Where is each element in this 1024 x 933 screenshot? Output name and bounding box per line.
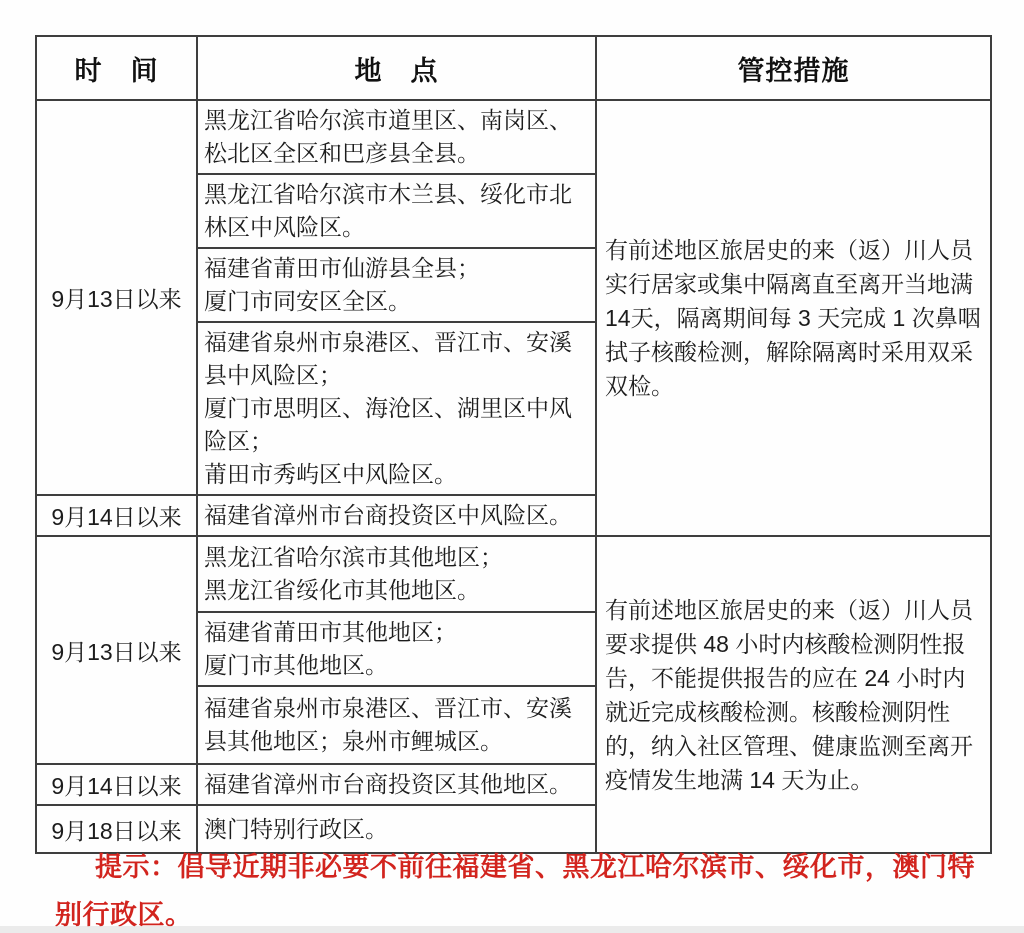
time-cell-g1-row5: 9月14日以来 (36, 495, 197, 536)
time-cell-g2-row4: 9月14日以来 (36, 764, 197, 805)
table-row: 9月13日以来 黑龙江省哈尔滨市其他地区； 黑龙江省绥化市其他地区。 有前述地区… (36, 536, 991, 612)
bottom-edge-strip (0, 926, 1024, 933)
notice-page: 时 间 地 点 管控措施 9月13日以来 黑龙江省哈尔滨市道里区、南岗区、松北区… (0, 0, 1024, 933)
location-cell: 福建省泉州市泉港区、晋江市、安溪县中风险区； 厦门市思明区、海沧区、湖里区中风险… (197, 322, 596, 495)
time-cell-g2: 9月13日以来 (36, 536, 197, 764)
control-measures-table: 时 间 地 点 管控措施 9月13日以来 黑龙江省哈尔滨市道里区、南岗区、松北区… (35, 35, 992, 854)
location-cell: 福建省莆田市其他地区； 厦门市其他地区。 (197, 612, 596, 686)
location-cell: 黑龙江省哈尔滨市道里区、南岗区、松北区全区和巴彦县全县。 (197, 100, 596, 174)
header-measure: 管控措施 (596, 36, 991, 100)
location-cell: 福建省漳州市台商投资区其他地区。 (197, 764, 596, 805)
location-cell: 福建省莆田市仙游县全县； 厦门市同安区全区。 (197, 248, 596, 322)
tip-text: 提示：倡导近期非必要不前往福建省、黑龙江哈尔滨市、绥化市，澳门特别行政区。 (55, 843, 980, 933)
measure-cell-g1: 有前述地区旅居史的来（返）川人员实行居家或集中隔离直至离开当地满14天，隔离期间… (596, 100, 991, 536)
table-header-row: 时 间 地 点 管控措施 (36, 36, 991, 100)
location-cell: 福建省漳州市台商投资区中风险区。 (197, 495, 596, 536)
time-cell-g1: 9月13日以来 (36, 100, 197, 495)
header-place: 地 点 (197, 36, 596, 100)
location-cell: 黑龙江省哈尔滨市木兰县、绥化市北林区中风险区。 (197, 174, 596, 248)
header-time: 时 间 (36, 36, 197, 100)
table-row: 9月13日以来 黑龙江省哈尔滨市道里区、南岗区、松北区全区和巴彦县全县。 有前述… (36, 100, 991, 174)
location-cell: 福建省泉州市泉港区、晋江市、安溪县其他地区；泉州市鲤城区。 (197, 686, 596, 764)
location-cell: 黑龙江省哈尔滨市其他地区； 黑龙江省绥化市其他地区。 (197, 536, 596, 612)
measure-cell-g2: 有前述地区旅居史的来（返）川人员要求提供 48 小时内核酸检测阴性报告，不能提供… (596, 536, 991, 853)
